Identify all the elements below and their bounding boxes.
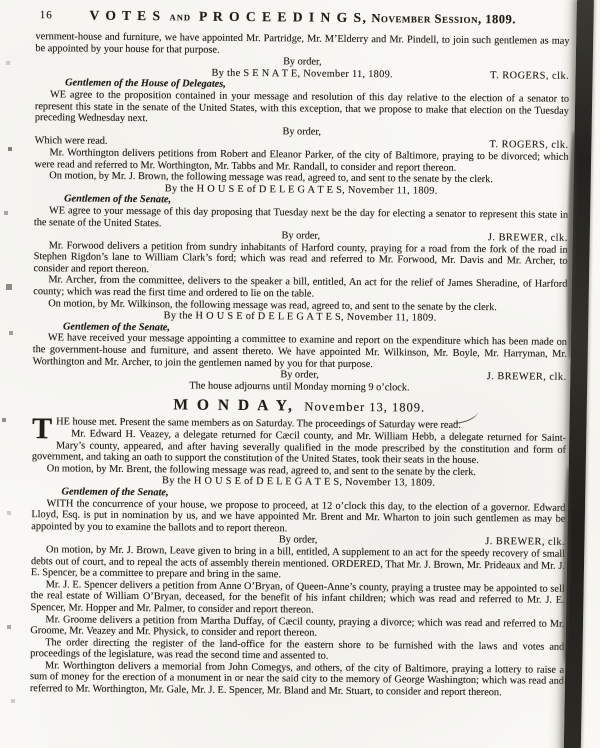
paragraph: Mr. Edward H. Veazey, a delegate returne…	[32, 428, 566, 467]
running-title-session: November Session, 1809.	[371, 11, 516, 26]
clerk-signature: J. BREWER, clk.	[488, 232, 568, 244]
by-order-text: By order,	[282, 230, 321, 241]
drop-cap: T	[32, 417, 56, 441]
clerk-signature: J. BREWER, clk.	[485, 536, 565, 548]
section-heading-day: M O N D A Y,	[173, 397, 294, 415]
clerk-signature: J. BREWER, clk.	[487, 371, 567, 383]
page-header: 16 V O T E S AND P R O C E E D I N G S, …	[36, 6, 570, 29]
running-title-proceedings: P R O C E E D I N G S,	[199, 9, 368, 25]
paragraph: Mr. J. E. Spencer delivers a petition fr…	[31, 579, 565, 618]
section-heading: M O N D A Y,November 13, 1809.	[32, 396, 566, 419]
dateline-text: By the S E N A T E, November 11, 1809.	[211, 67, 392, 80]
paragraph: Mr. Worthington delivers a memorial from…	[30, 660, 564, 699]
paragraph: On motion, by Mr. J. Brown, Leave given …	[31, 544, 565, 583]
paragraph: WE have received your message appointing…	[33, 333, 567, 372]
which-were-read-text: Which were read.	[35, 135, 108, 147]
by-order-text: By order,	[282, 126, 321, 137]
scanned-page: 16 V O T E S AND P R O C E E D I N G S, …	[30, 6, 570, 699]
clerk-signature: T. ROGERS, clk.	[489, 139, 568, 151]
clerk-signature: T. ROGERS, clk.	[490, 70, 569, 82]
dateline-text: By the H O U S E of D E L E G A T E S, N…	[164, 311, 437, 324]
adjournment-text: The house adjourns until Monday morning …	[189, 380, 409, 393]
paragraph: WITH the concurrence of your house, we p…	[31, 498, 565, 537]
dateline-text: By the H O U S E of D E L E G A T E S, N…	[162, 476, 435, 489]
section-heading-date: November 13, 1809.	[304, 400, 425, 415]
scan-specks	[0, 0, 2, 2]
paragraph: WE agree to the proposition contained in…	[35, 89, 569, 128]
by-order-text: By order,	[279, 535, 318, 546]
paragraph: Mr. Forwood delivers a petition from sun…	[33, 240, 567, 279]
running-title-and: AND	[170, 12, 192, 22]
by-order-text: By order,	[280, 370, 319, 381]
page-number: 16	[40, 9, 53, 21]
dateline-text: By the H O U S E of D E L E G A T E S, N…	[165, 183, 438, 196]
by-order-text: By order,	[283, 56, 322, 67]
running-title-votes: V O T E S	[89, 8, 161, 24]
